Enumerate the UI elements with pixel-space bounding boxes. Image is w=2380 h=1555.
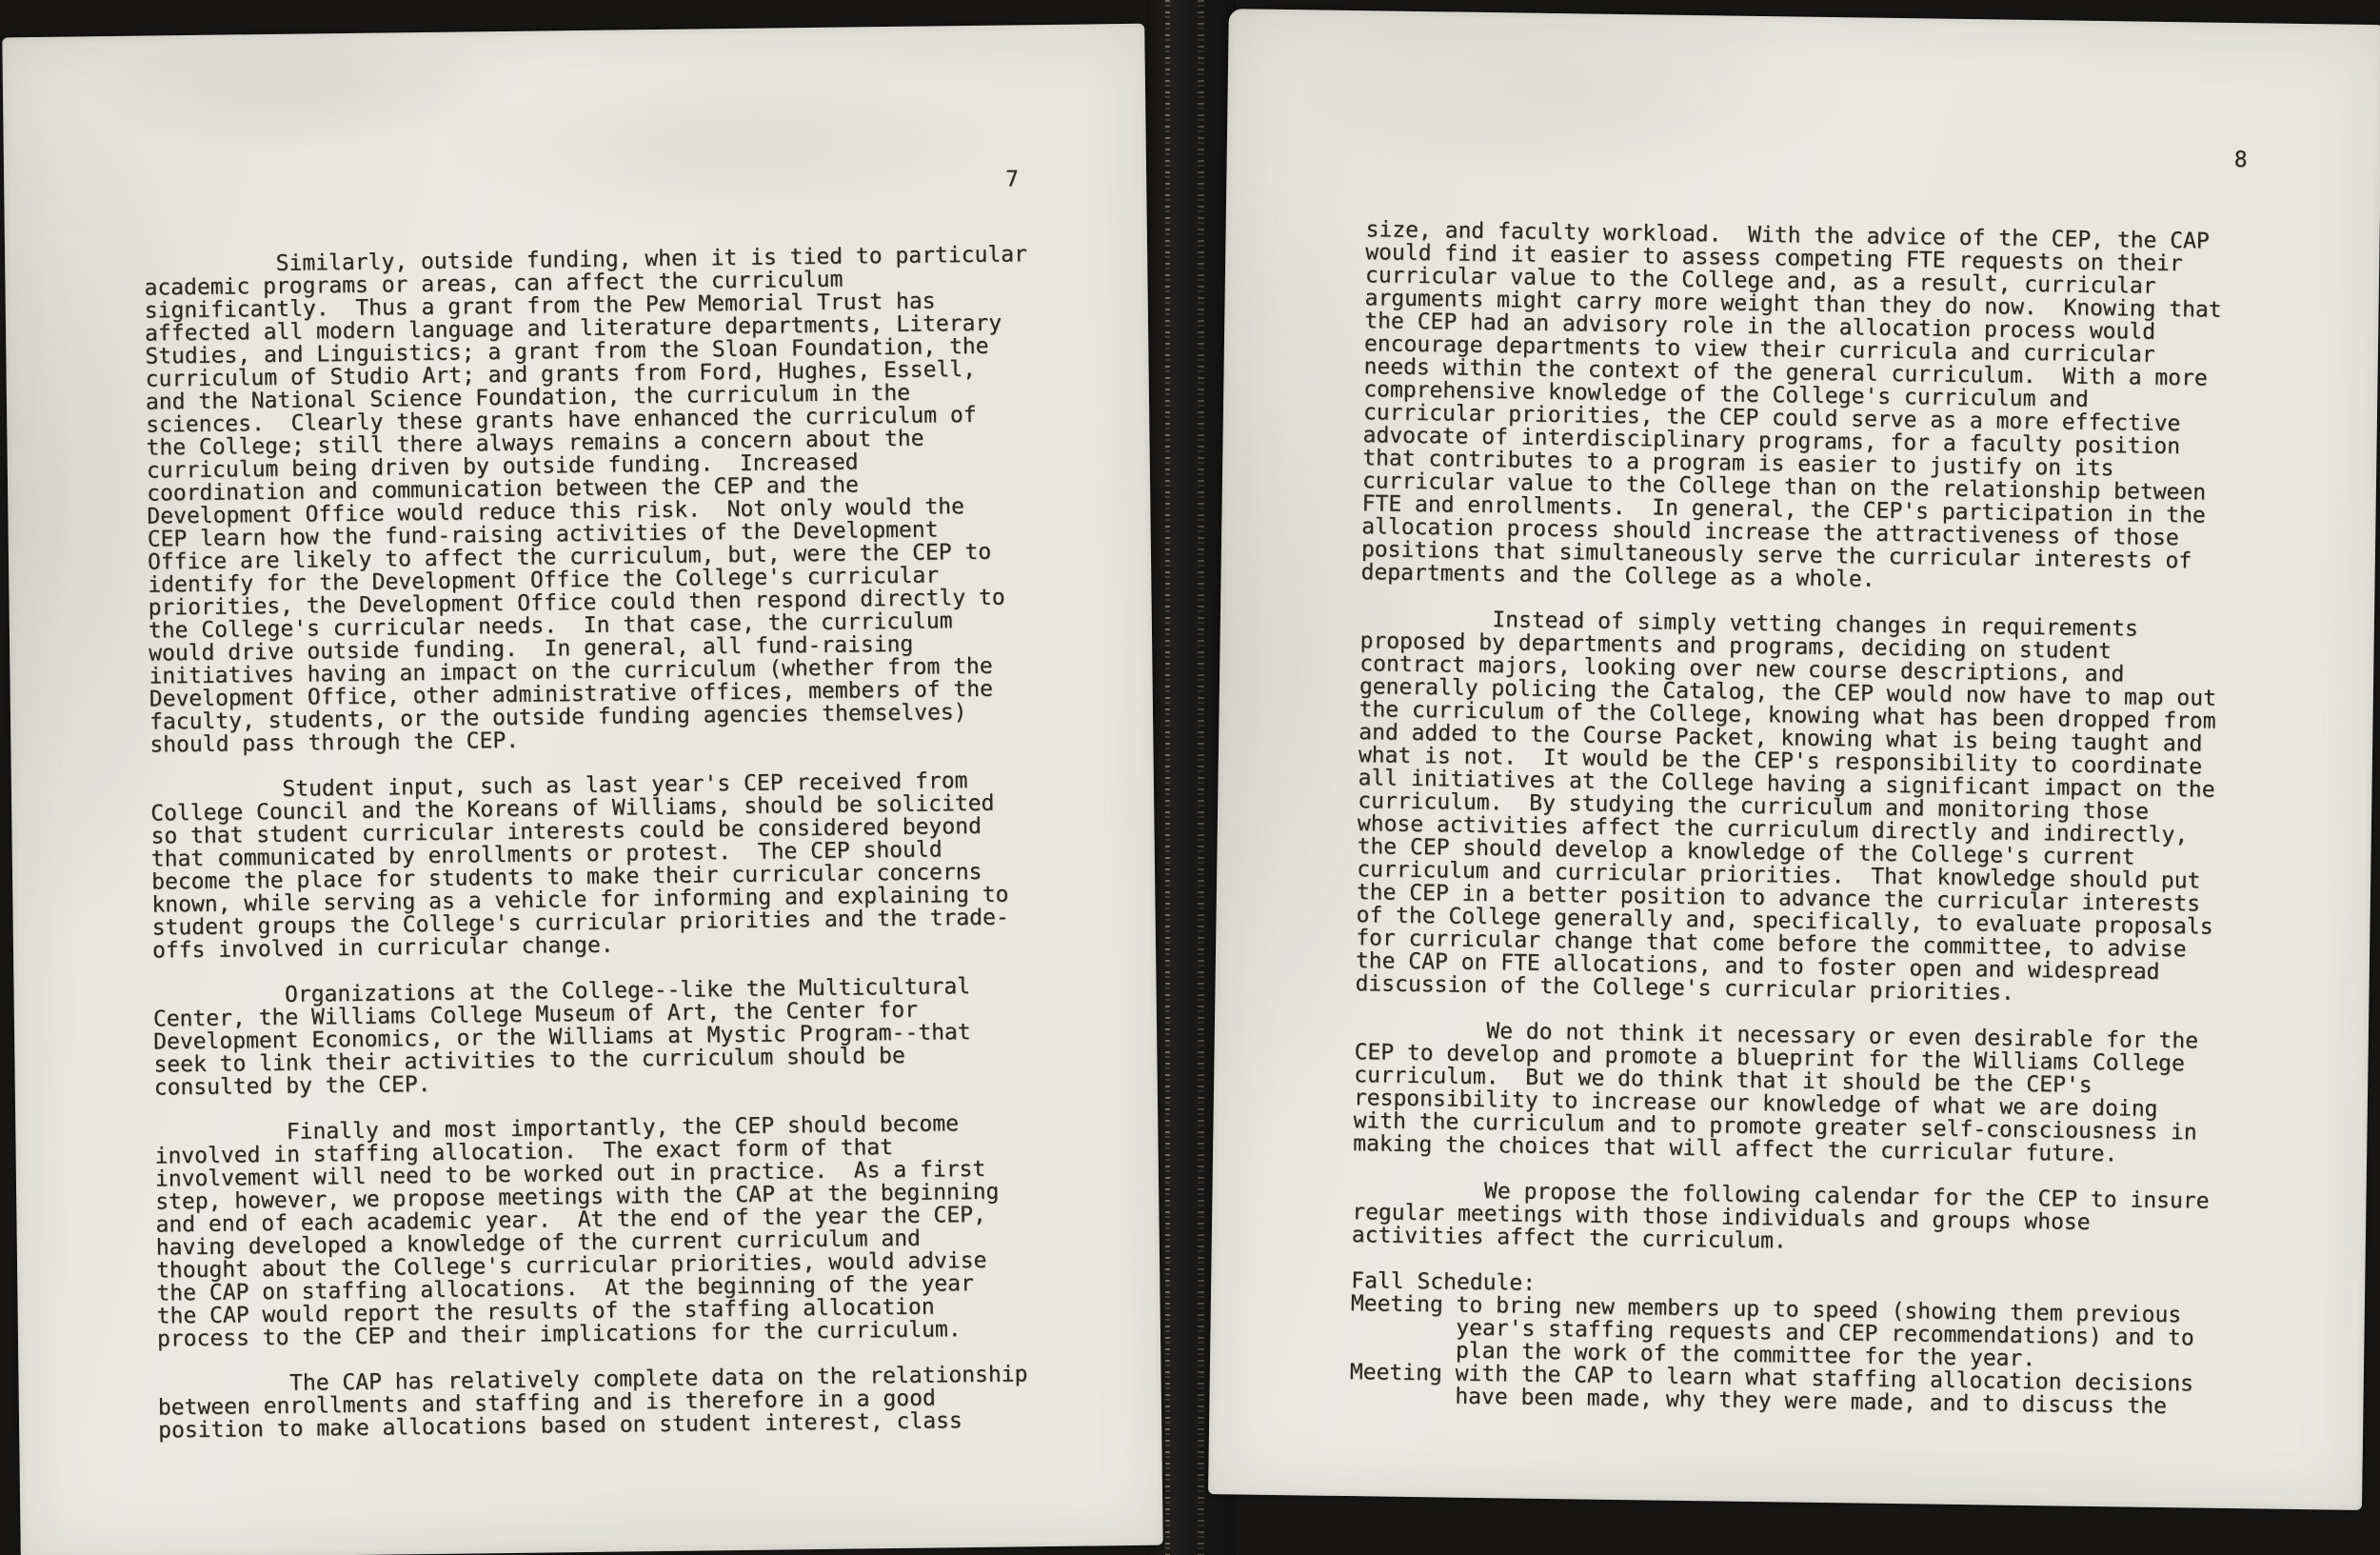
spine-binding-texture-line <box>1198 0 1204 1555</box>
scanned-document-canvas: 7 Similarly, outside funding, when it is… <box>0 0 2380 1555</box>
scanned-page-left: 7 Similarly, outside funding, when it is… <box>2 24 1162 1555</box>
page-body-text-left: Similarly, outside funding, when it is t… <box>144 243 1041 1442</box>
page-body-text-right: size, and faculty workload. With the adv… <box>1349 218 2222 1418</box>
page-number-left: 7 <box>1005 168 1019 190</box>
scanned-page-right: 8 size, and faculty workload. With the a… <box>1208 9 2380 1510</box>
page-number-right: 8 <box>2234 149 2248 171</box>
spine-binding-texture-line <box>1165 0 1170 1555</box>
